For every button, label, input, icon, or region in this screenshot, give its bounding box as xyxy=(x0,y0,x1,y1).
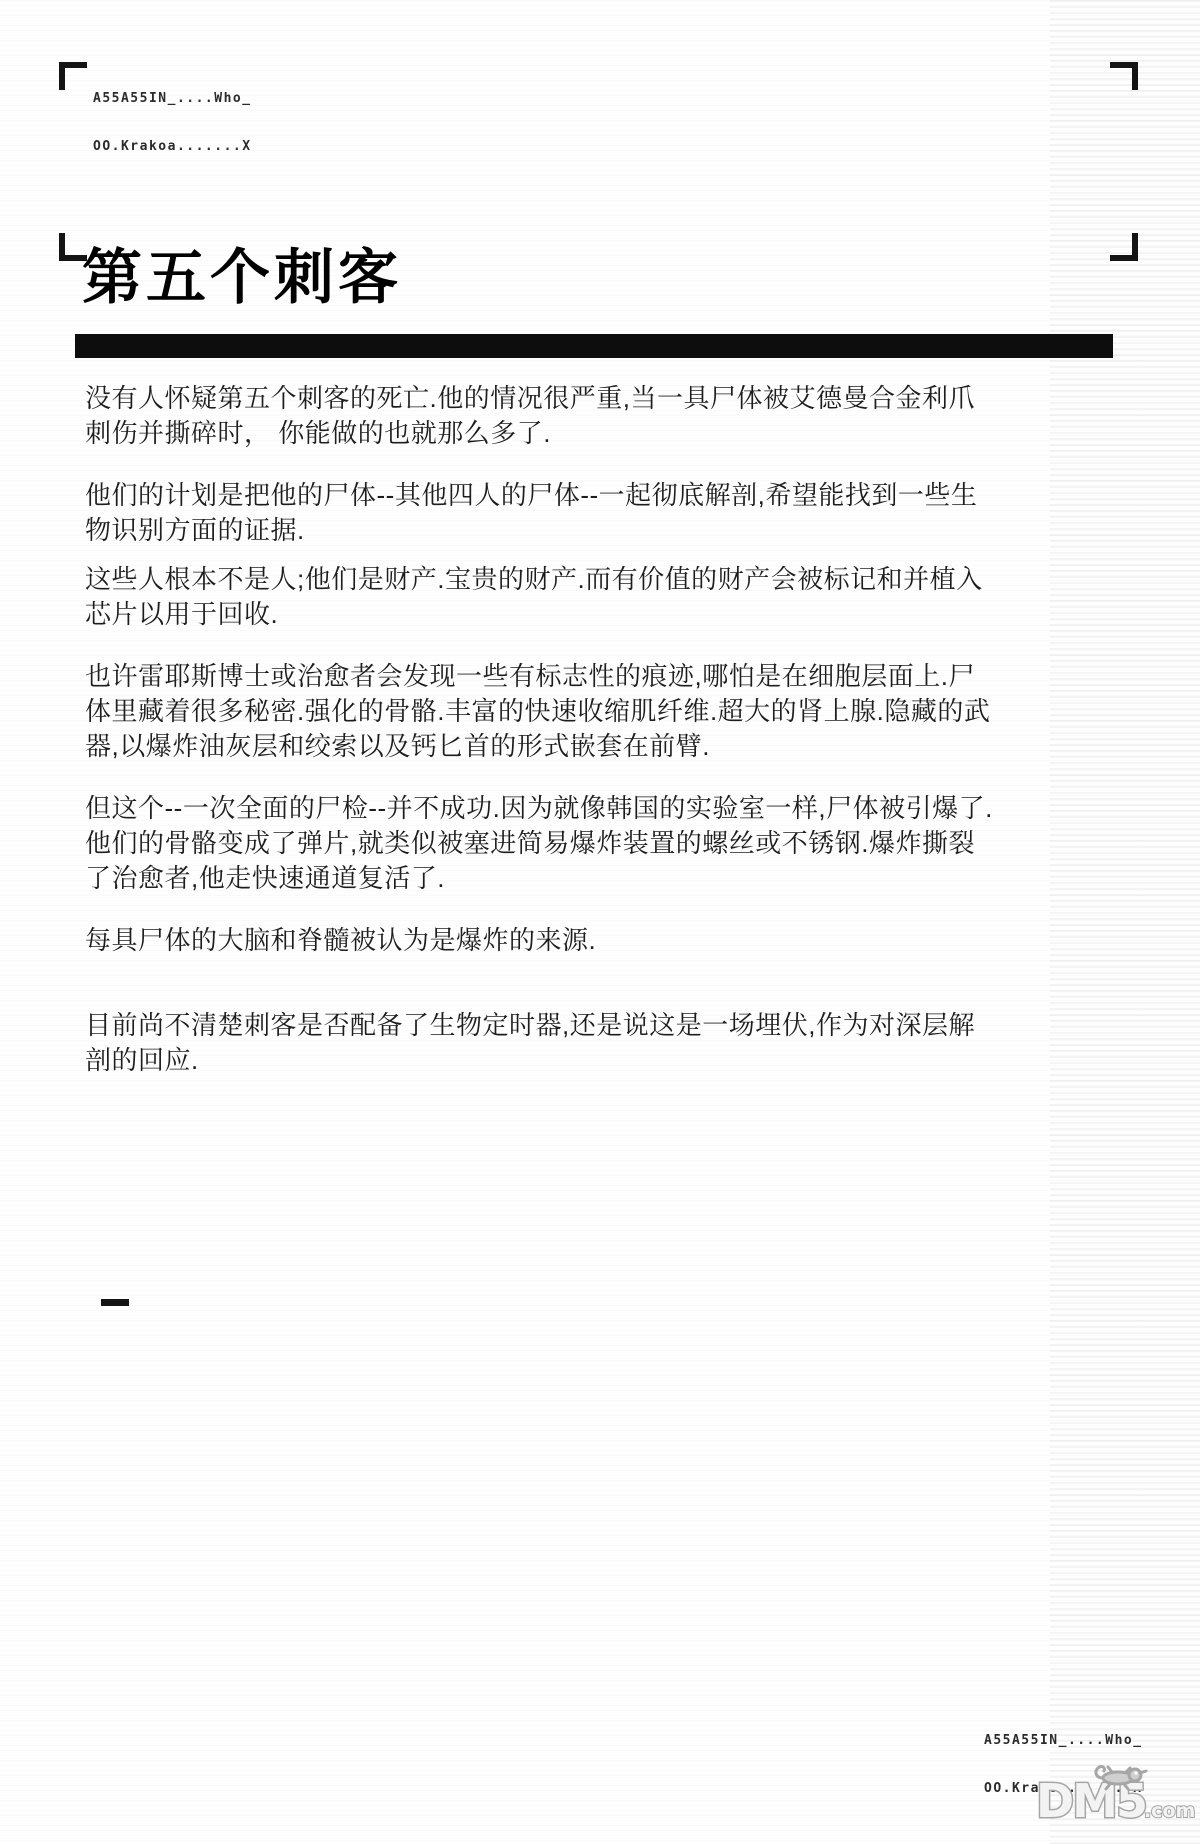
paragraph-4: 也许雷耶斯博士或治愈者会发现一些有标志性的痕迹,哪怕是在细胞层面上.尸体里藏着很… xyxy=(85,659,993,764)
dash-marker xyxy=(101,1299,129,1306)
header-reference-code: A55A55IN_....Who_ OO.Krakoa.......X xyxy=(93,59,252,187)
header-code-line1: A55A55IN_....Who_ xyxy=(93,91,252,107)
corner-bracket-bottom-right xyxy=(1110,233,1138,261)
watermark-suffix: .com xyxy=(1144,1800,1195,1822)
corner-bracket-top-right xyxy=(1110,62,1138,90)
body-text: 没有人怀疑第五个刺客的死亡.他的情况很严重,当一具尸体被艾德曼合金利爪刺伤并撕碎… xyxy=(85,381,993,1078)
dm5-watermark: DM5.com xyxy=(1036,1774,1195,1828)
paragraph-3: 这些人根本不是人;他们是财产.宝贵的财产.而有价值的财产会被标记和并植入芯片以用… xyxy=(85,562,993,632)
comic-data-page: A55A55IN_....Who_ OO.Krakoa.......X 第五个刺… xyxy=(0,0,1200,1844)
paragraph-5: 但这个--一次全面的尸检--并不成功.因为就像韩国的实验室一样,尸体被引爆了.他… xyxy=(85,791,993,896)
paragraph-2: 他们的计划是把他的尸体--其他四人的尸体--一起彻底解剖,希望能找到一些生物识别… xyxy=(85,478,993,548)
paragraph-1: 没有人怀疑第五个刺客的死亡.他的情况很严重,当一具尸体被艾德曼合金利爪刺伤并撕碎… xyxy=(85,381,993,451)
corner-bracket-top-left xyxy=(59,62,87,90)
scanline-texture-right xyxy=(1050,0,1200,1844)
paragraph-6: 每具尸体的大脑和脊髓被认为是爆炸的来源. xyxy=(85,923,993,958)
paragraph-7: 目前尚不清楚刺客是否配备了生物定时器,还是说这是一场埋伏,作为对深层解剖的回应. xyxy=(85,1008,993,1078)
gecko-icon xyxy=(1088,1758,1158,1792)
page-title: 第五个刺客 xyxy=(82,248,402,308)
title-divider-bar xyxy=(75,334,1113,358)
footer-code-line1: A55A55IN_....Who_ xyxy=(984,1733,1143,1749)
header-code-line2: OO.Krakoa.......X xyxy=(93,139,252,155)
